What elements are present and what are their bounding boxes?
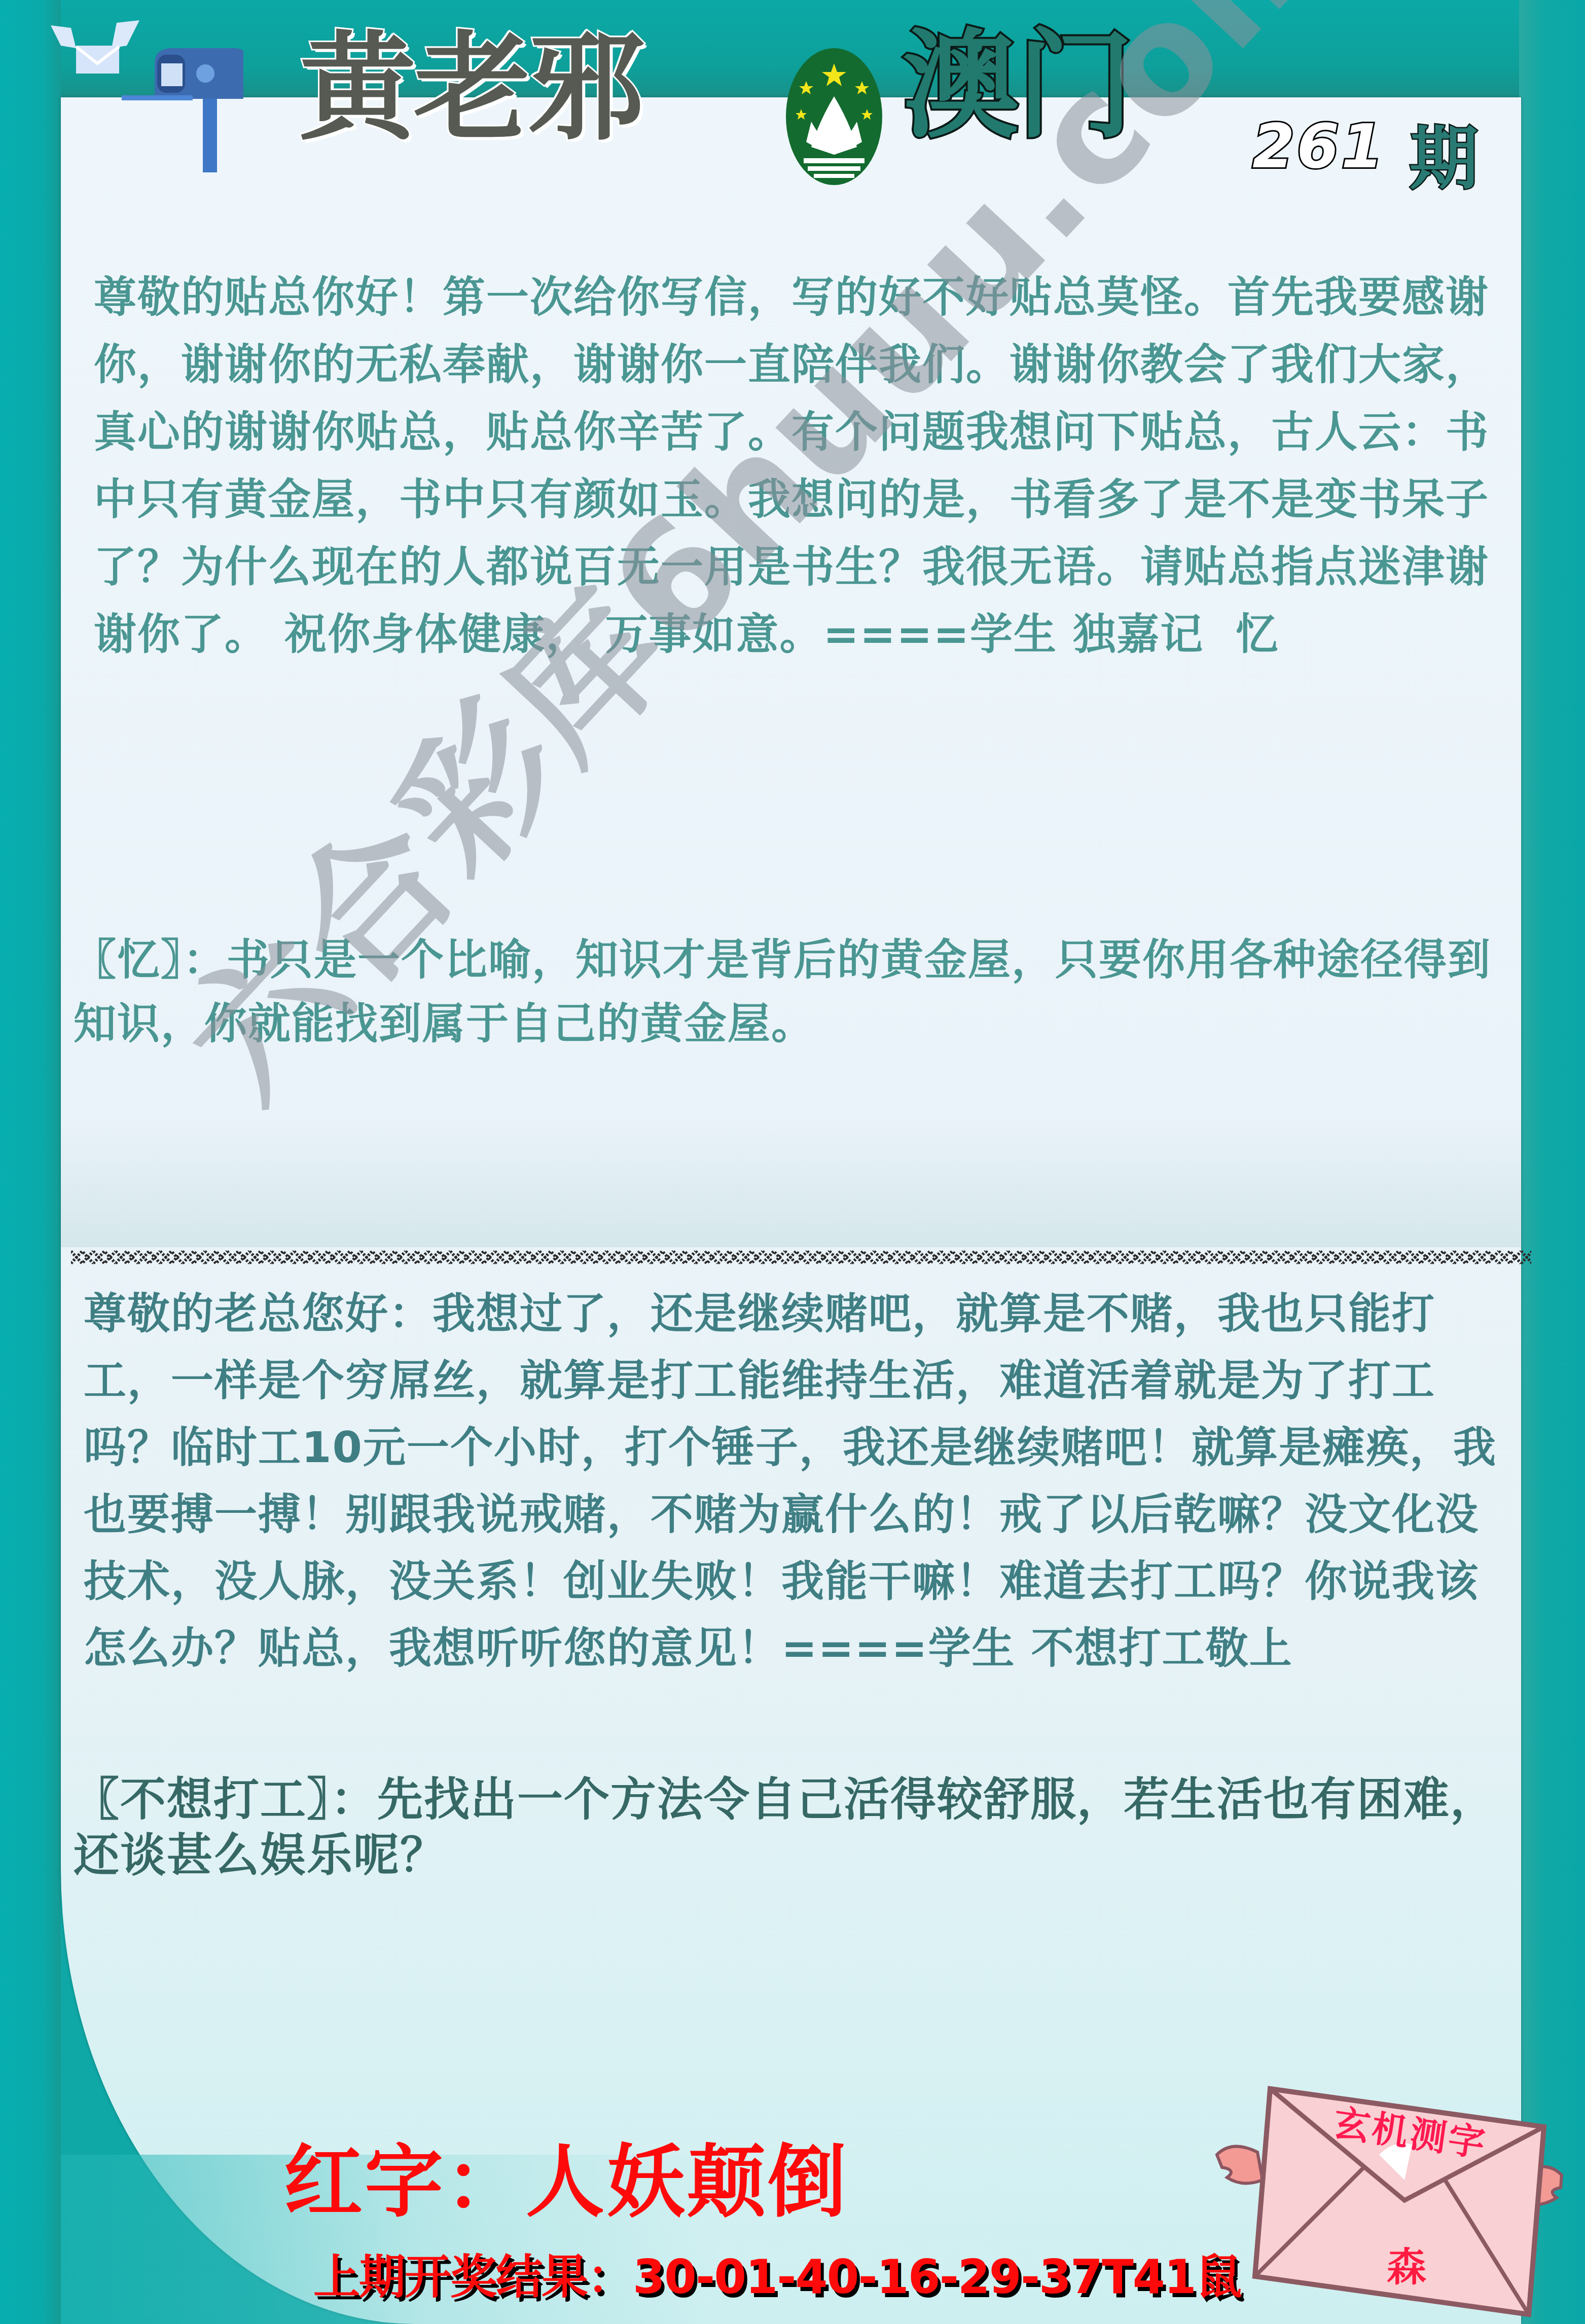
frame-left xyxy=(0,0,61,2324)
red-word-value: 人妖颠倒 xyxy=(526,2136,848,2228)
envelope-mark: 森 xyxy=(1387,2236,1426,2293)
last-result-label: 上期开奖结果： xyxy=(313,2250,633,2304)
red-word: 红字：人妖颠倒 xyxy=(284,2119,848,2232)
letter-1-question: 尊敬的贴总你好！第一次给你写信，写的好不好贴总莫怪。首先我要感谢你，谢谢你的无私… xyxy=(94,264,1503,668)
envelope-badge: 玄机测字 森 xyxy=(1212,2068,1567,2322)
letter-2-question: 尊敬的老总您好：我想过了，还是继续赌吧，就算是不赌，我也只能打工，一样是个穷屌丝… xyxy=(84,1280,1514,1682)
issue-unit: 期 xyxy=(1410,104,1478,202)
cross-stitch-divider xyxy=(71,1247,1531,1267)
section-band xyxy=(61,1115,1521,1247)
frame-right xyxy=(1519,0,1585,2324)
letter-1-reply: 〖忆〗：书只是一个比喻，知识才是背后的黄金屋，只要你用各种途径得到知识，你就能找… xyxy=(74,928,1503,1056)
macau-emblem-icon xyxy=(783,46,885,188)
mailbox-icon xyxy=(51,10,243,172)
letter-2-reply: 〖不想打工〗：先找出一个方法令自己活得较舒服，若生活也有困难，还谈甚么娱乐呢？ xyxy=(74,1772,1519,1883)
red-word-label: 红字： xyxy=(284,2136,526,2228)
issue-number: 261 xyxy=(1252,112,1386,182)
title-macau: 澳门 xyxy=(903,28,1132,144)
last-draw-result: 上期开奖结果：30-01-40-16-29-37T41鼠 xyxy=(313,2240,1241,2307)
title-huanglaoxie: 黄老邪 xyxy=(299,30,643,147)
last-result-value: 30-01-40-16-29-37T41鼠 xyxy=(633,2250,1241,2304)
